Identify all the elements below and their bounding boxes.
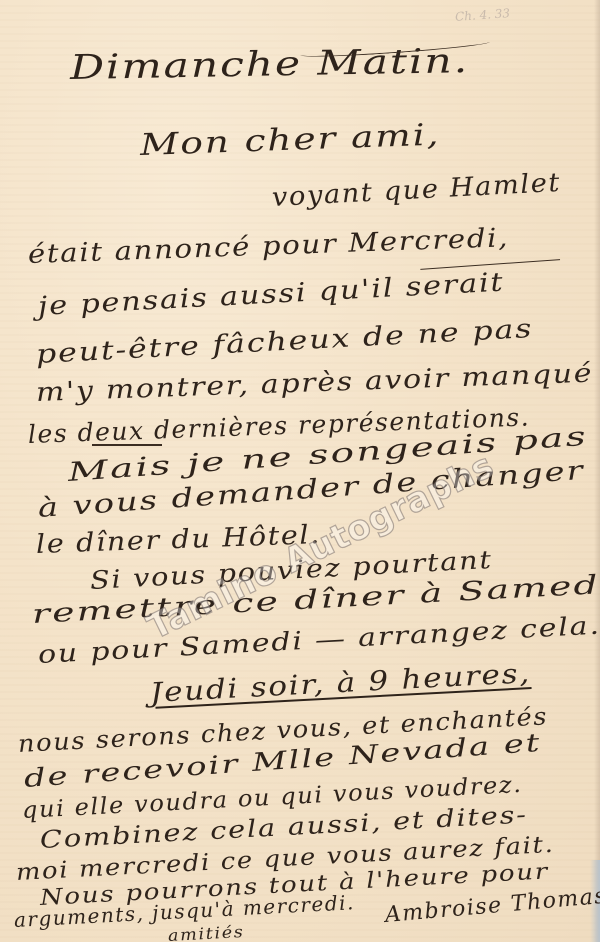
letter-line-5: m'y montrer, après avoir manqué — [35, 359, 593, 408]
letter-line-1: voyant que Hamlet — [271, 168, 561, 213]
letter-line-13: Jeudi soir, à 9 heures, — [149, 658, 531, 709]
letter-salutation: Mon cher ami, — [139, 118, 440, 163]
letter-line-9: le dîner du Hôtel. — [35, 520, 321, 560]
letter-closing: amitiés — [168, 922, 245, 942]
letter-line-4: peut-être fâcheux de ne pas — [35, 314, 534, 370]
paper-edge — [594, 0, 600, 942]
letter-page: Ch. 4. 33 Dimanche Matin. Mon cher ami, … — [0, 0, 600, 942]
pencil-archive-note: Ch. 4. 33 — [455, 6, 511, 24]
underline-deux — [92, 440, 162, 446]
letter-line-3: je pensais aussi qu'il serait — [37, 268, 505, 322]
